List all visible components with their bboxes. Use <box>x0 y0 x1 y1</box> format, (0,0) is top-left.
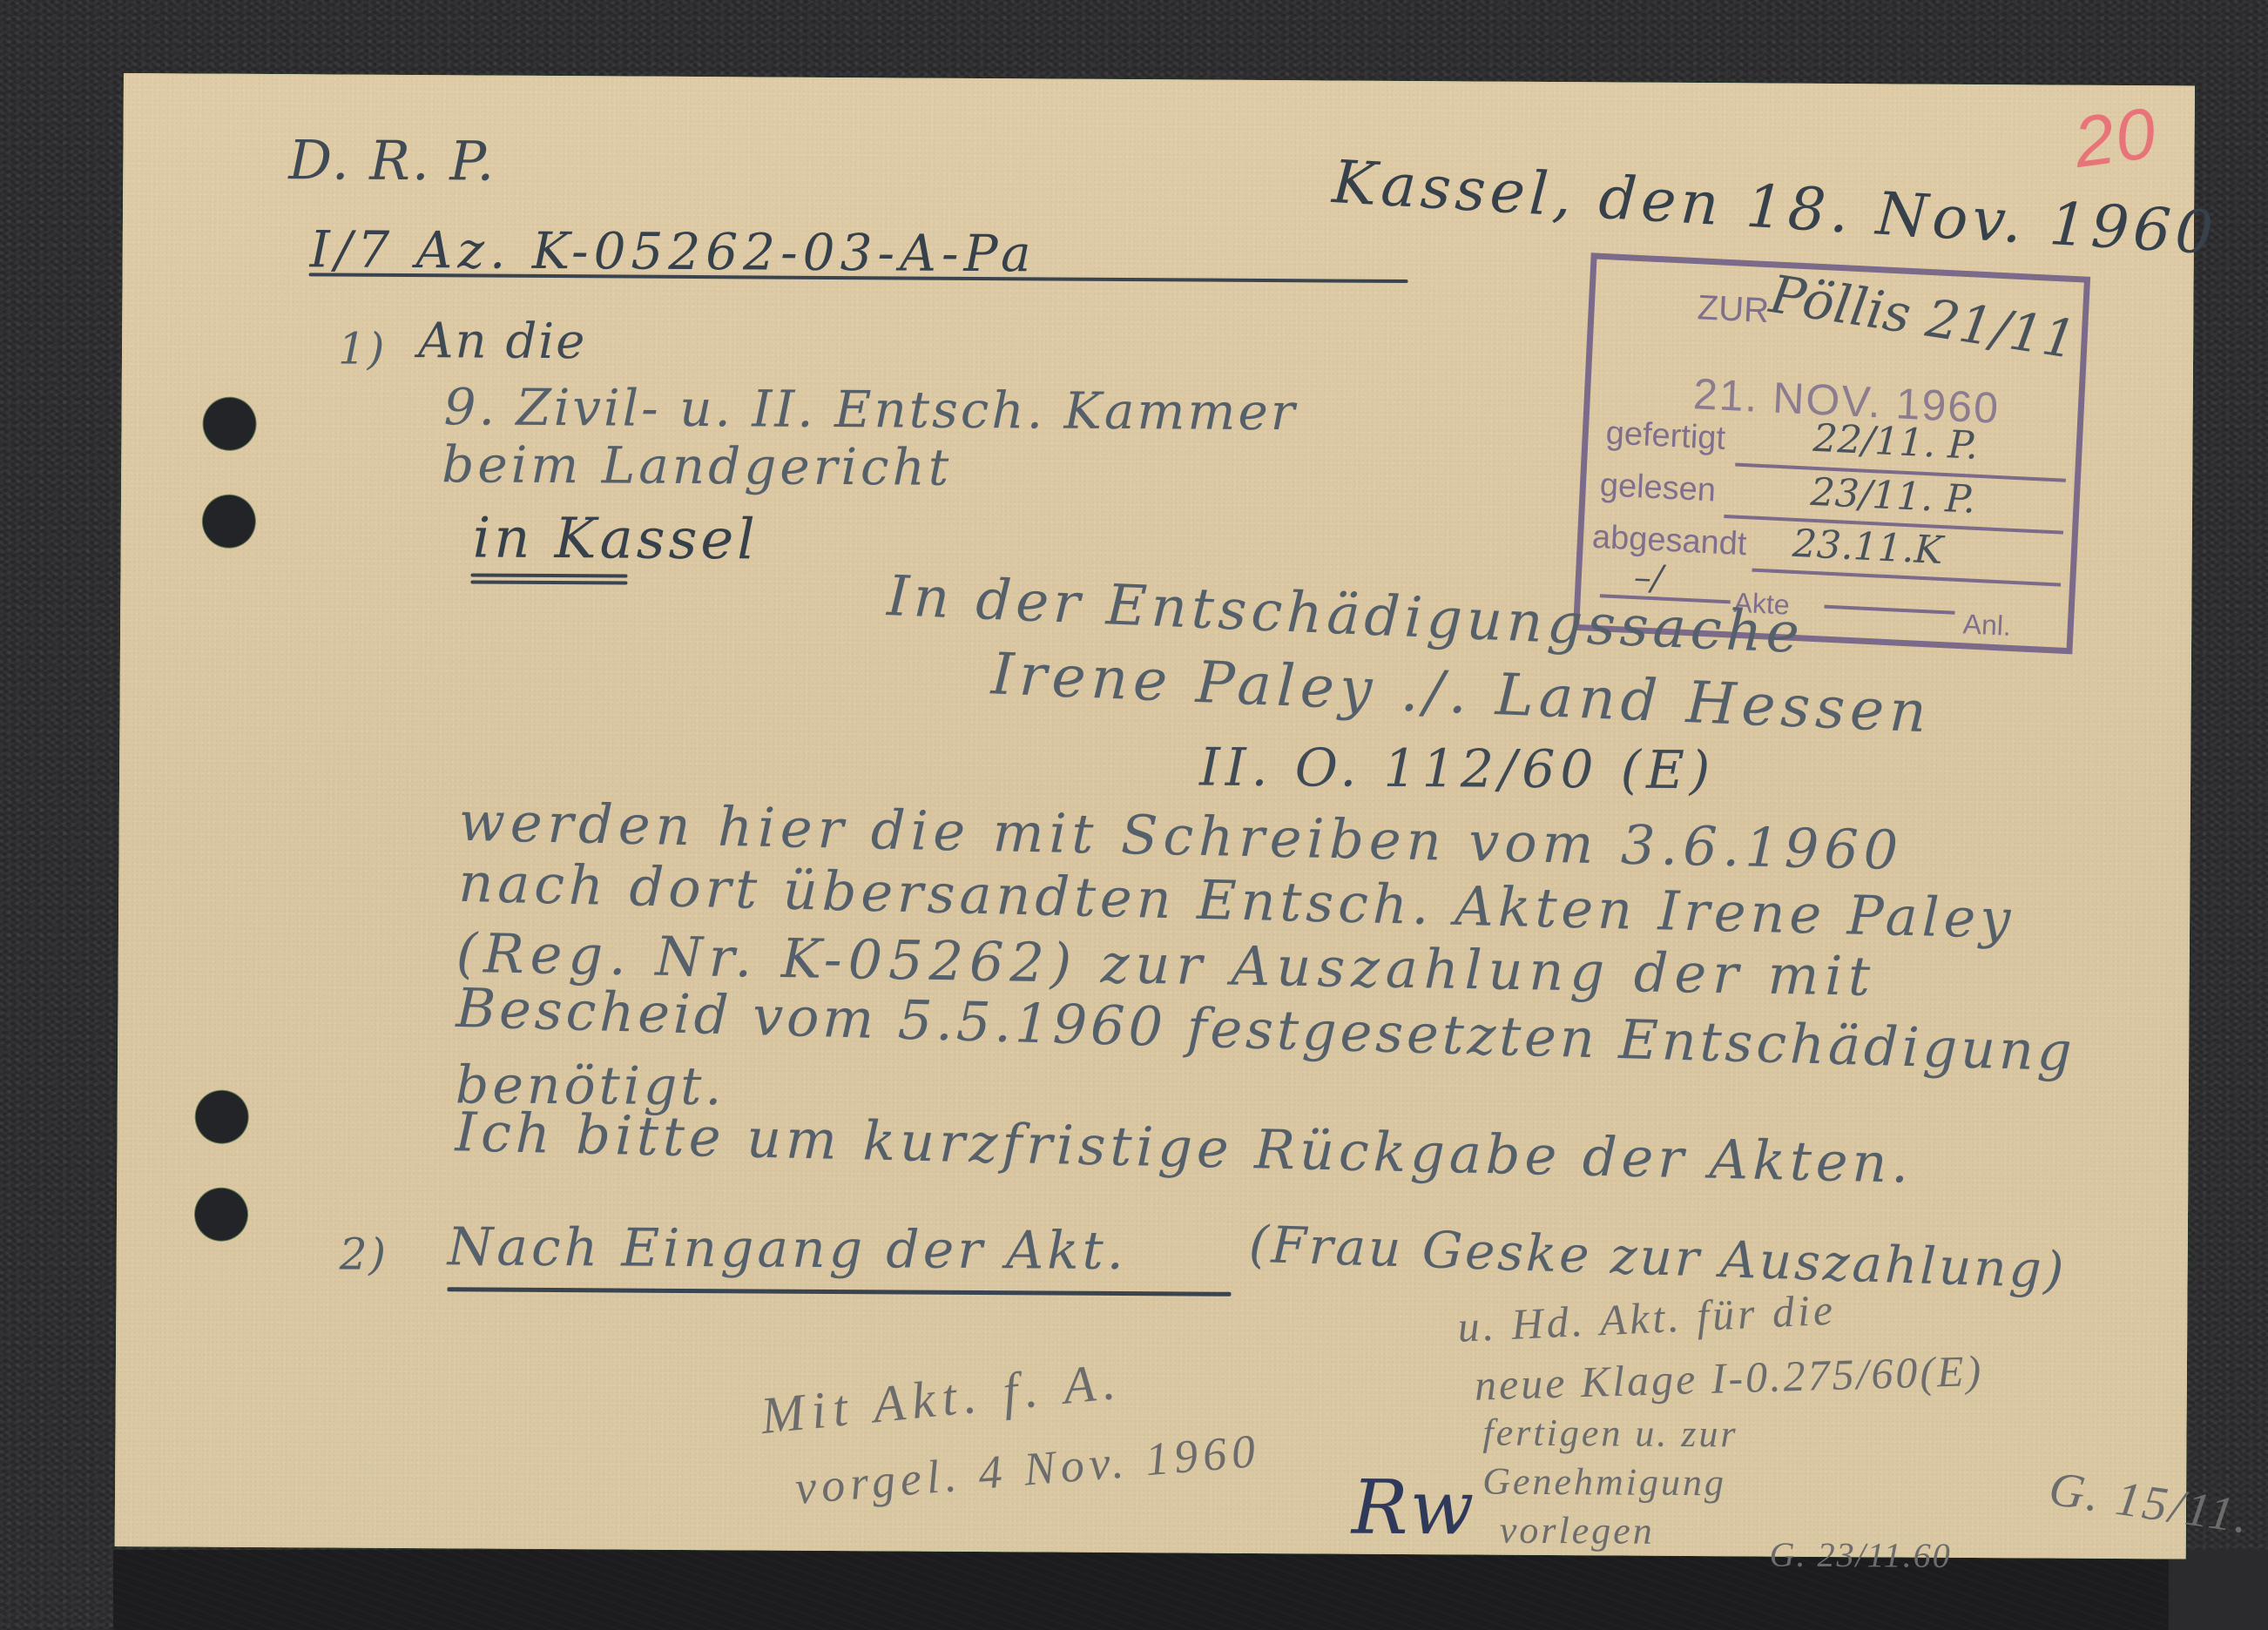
pencil-initial-far-right: G. 15/11. <box>2046 1465 2254 1542</box>
pencil-note-right-line-5: vorlegen <box>1500 1512 1655 1551</box>
punch-hole-3 <box>195 1091 247 1143</box>
stamp-footer-anl: Anl. <box>1962 608 2012 643</box>
pencil-note-right-line-4: Genehmigung <box>1482 1463 1726 1503</box>
punch-hole-1 <box>203 398 255 450</box>
pencil-note-right-line-2: neue Klage I-0.275/60(E) <box>1474 1349 1984 1407</box>
document-sheet: 20 D. R. P. I/7 Az. K-05262-03-A-Pa Kass… <box>115 73 2195 1559</box>
section2-number: 2) <box>340 1233 388 1276</box>
pencil-note-right-line-1: u. Hd. Akt. für die <box>1456 1288 1837 1349</box>
stamp-title: ZUR <box>1697 288 1770 331</box>
section2-heading-underline <box>447 1287 1231 1296</box>
stamp-handwritten-note: Pöllis 21/11 <box>1765 264 2080 371</box>
pencil-note-right-line-3: fertigen u. zur <box>1482 1414 1738 1454</box>
stamp-footer-mark: –/ <box>1633 557 1664 599</box>
addressee-line-2: beim Landgericht <box>442 439 952 493</box>
pencil-note-left-line-2: vorgel. 4 Nov. 1960 <box>793 1427 1262 1512</box>
section1-number: 1) <box>338 327 387 371</box>
salutation: An die <box>418 317 587 367</box>
section2-heading: Nach Eingang der Akt. <box>448 1221 1127 1277</box>
addressee-line-1: 9. Zivil- u. II. Entsch. Kammer <box>443 381 1297 437</box>
initials-signature: Rw <box>1352 1471 1476 1546</box>
punch-hole-4 <box>195 1189 247 1241</box>
addressee-city: in Kassel <box>473 510 759 568</box>
section2-parenthetical: (Frau Geske zur Auszahlung) <box>1248 1219 2067 1296</box>
addressee-city-underline-1 <box>470 573 627 577</box>
sender-initials: D. R. P. <box>288 133 496 188</box>
addressee-city-underline-2 <box>470 580 627 584</box>
body-line-6: Ich bitte um kurzfristige Rückgabe der A… <box>455 1105 1914 1191</box>
file-reference: I/7 Az. K-05262-03-A-Pa <box>310 224 1036 279</box>
folio-number: 20 <box>2070 98 2162 179</box>
stamp-footer-line-right <box>1824 605 1954 615</box>
punch-hole-2 <box>203 495 255 548</box>
stamp-row-label-gefertigt: gefertigt <box>1605 414 1726 458</box>
subject-line-3-case-number: II. O. 112/60 (E) <box>1199 742 1715 798</box>
pencil-note-left-line-1: Mit Akt. f. A. <box>759 1354 1124 1442</box>
pencil-note-right-date: G. 23/11.60 <box>1770 1538 1952 1573</box>
stamp-row-value-abgesandt: 23.11.K <box>1792 522 1944 573</box>
stamp-row-label-abgesandt: abgesandt <box>1591 519 1747 563</box>
stamp-row-value-gefertigt: 22/11. P. <box>1812 416 1980 468</box>
stamp-row-value-gelesen: 23/11. P. <box>1810 470 1977 522</box>
stamp-row-label-gelesen: gelesen <box>1599 467 1717 509</box>
receipt-stamp: ZUR Pöllis 21/11 21. NOV. 1960 gefertigt… <box>1573 253 2090 654</box>
scanner-bed-right <box>2169 1550 2268 1630</box>
